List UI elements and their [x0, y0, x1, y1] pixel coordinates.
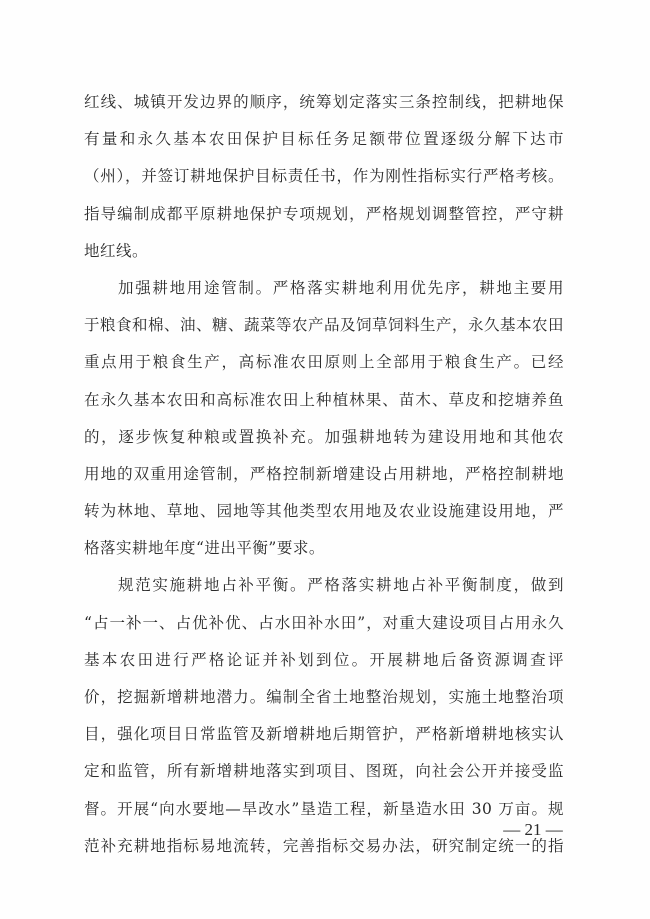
text-line: （州），并签订耕地保护目标责任书，作为刚性指标实行严格考核。 [84, 163, 564, 200]
text-line: 的，逐步恢复种粮或置换补充。加强耕地转为建设用地和其他农 [84, 424, 564, 461]
text-line: 有量和永久基本农田保护目标任务足额带位置逐级分解下达市 [84, 126, 564, 163]
text-line: 目，强化项目日常监管及新增耕地后期管护，严格新增耕地核实认 [84, 721, 564, 758]
text-line: 红线、城镇开发边界的顺序，统筹划定落实三条控制线，把耕地保 [84, 89, 564, 126]
text-line: 基本农田进行严格论证并补划到位。开展耕地后备资源调查评 [84, 647, 564, 684]
text-line: 在永久基本农田和高标准农田上种植林果、苗木、草皮和挖塘养鱼 [84, 387, 564, 424]
body-text: 红线、城镇开发边界的顺序，统筹划定落实三条控制线，把耕地保 有量和永久基本农田保… [84, 89, 564, 870]
text-line: 地红线。 [84, 238, 564, 275]
text-line: 用地的双重用途管制，严格控制新增建设占用耕地，严格控制耕地 [84, 461, 564, 498]
text-line: 范补充耕地指标易地流转，完善指标交易办法，研究制定统一的指 [84, 833, 564, 870]
text-line: 格落实耕地年度“进出平衡”要求。 [84, 535, 564, 572]
text-line: 指导编制成都平原耕地保护专项规划，严格规划调整管控，严守耕 [84, 201, 564, 238]
text-line: 督。开展“向水要地—旱改水”垦造工程，新垦造水田 30 万亩。规 [84, 796, 564, 833]
document-page: 红线、城镇开发边界的顺序，统筹划定落实三条控制线，把耕地保 有量和永久基本农田保… [0, 0, 650, 919]
text-line: 定和监管，所有新增耕地落实到项目、图斑，向社会公开并接受监 [84, 758, 564, 795]
paragraph-heading-line: 规范实施耕地占补平衡。严格落实耕地占补平衡制度，做到 [84, 572, 564, 609]
text-line: 于粮食和棉、油、糖、蔬菜等农产品及饲草饲料生产，永久基本农田 [84, 312, 564, 349]
text-line: “占一补一、占优补优、占水田补水田”，对重大建设项目占用永久 [84, 610, 564, 647]
text-line: 价，挖掘新增耕地潜力。编制全省土地整治规划，实施土地整治项 [84, 684, 564, 721]
text-line: 转为林地、草地、园地等其他类型农用地及农业设施建设用地，严 [84, 498, 564, 535]
paragraph-heading-line: 加强耕地用途管制。严格落实耕地利用优先序，耕地主要用 [84, 275, 564, 312]
text-line: 重点用于粮食生产，高标准农田原则上全部用于粮食生产。已经 [84, 349, 564, 386]
page-number: — 21 — [500, 820, 566, 840]
